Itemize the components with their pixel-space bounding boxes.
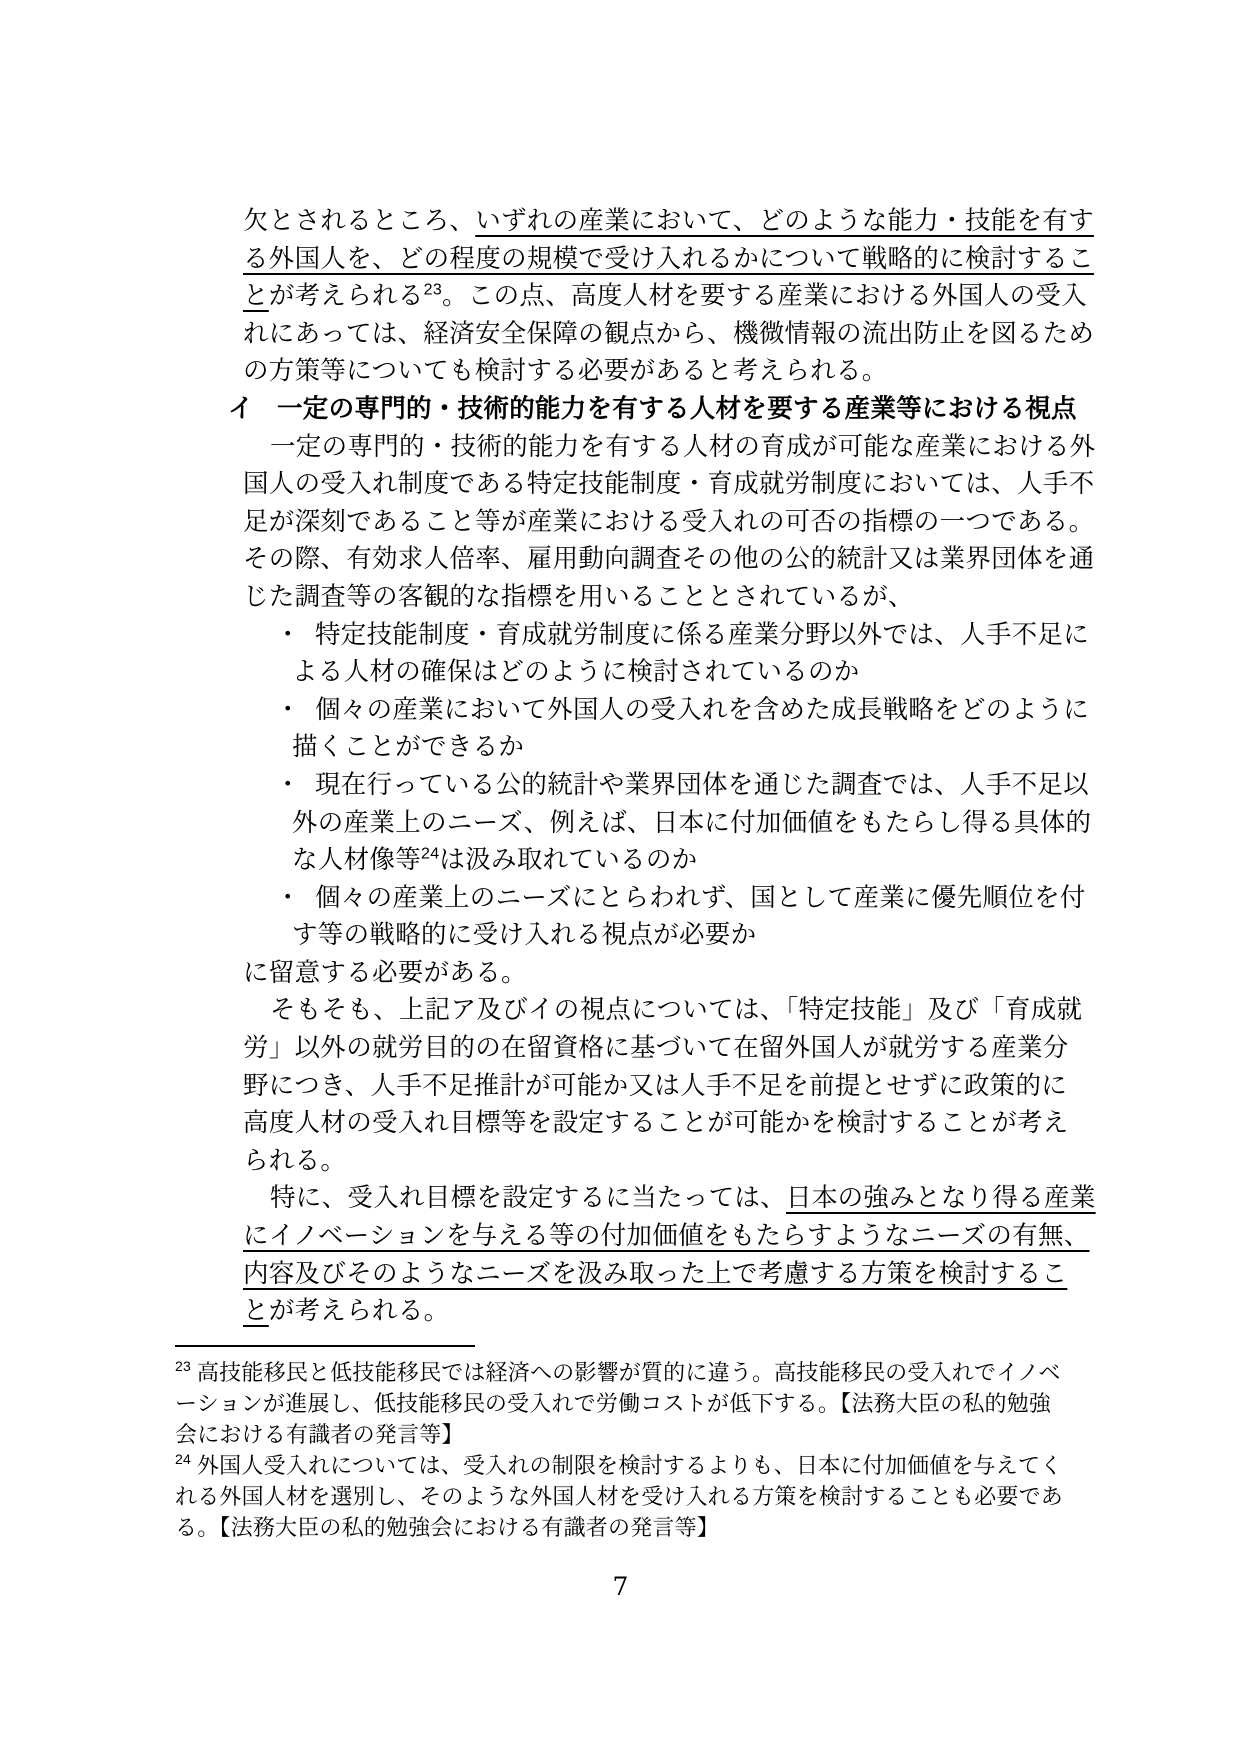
text-segment: その際、有効求人倍率、雇用動向調査その他の公的統計又は業界団体を通 (243, 545, 1094, 573)
text-segment: 個々の産業において外国人の受入れを含めた成長戦略をどのように (315, 696, 1089, 724)
document-page: 欠とされるところ、いずれの産業において、どのような能力・技能を有する外国人を、ど… (0, 0, 1241, 1754)
text-segment: と (243, 1297, 269, 1325)
text-segment: は汲み取れているのか (439, 846, 697, 874)
text-line: 国人の受入れ制度である特定技能制度・育成就労制度においては、人手不 (243, 466, 1241, 504)
text-segment: 外の産業上のニーズ、例えば、日本に付加価値をもたらし得る具体的 (292, 809, 1091, 837)
text-segment: いずれの産業において、どのような能力・技能を有す (475, 207, 1094, 235)
text-line: れにあっては、経済安全保障の観点から、機微情報の流出防止を図るため (243, 316, 1241, 354)
text-segment: の方策等についても検討する必要があると考えられる。 (243, 357, 888, 385)
footnote-separator (175, 1345, 475, 1347)
text-line: す等の戦略的に受け入れる視点が必要か (292, 917, 1241, 955)
text-segment: 高度人材の受入れ目標等を設定することが可能かを検討することが考え (243, 1109, 1069, 1137)
text-line: その際、有効求人倍率、雇用動向調査その他の公的統計又は業界団体を通 (243, 541, 1241, 579)
bullet-icon: ・ (275, 880, 315, 918)
text-segment: る外国人を、どの程度の規模で受け入れるかについて戦略的に検討するこ (243, 245, 1094, 273)
text-segment: 欠とされるところ、 (243, 207, 475, 235)
text-segment: 。この点、高度人材を要する産業における外国人の受入 (442, 282, 1087, 310)
text-line: ・個々の産業において外国人の受入れを含めた成長戦略をどのように (275, 692, 1241, 730)
text-segment: 一定の専門的・技術的能力を有する人材の育成が可能な産業における外 (270, 433, 1096, 461)
page-number: 7 (0, 1571, 1241, 1603)
footnote-line: 会における有識者の発言等】 (175, 1419, 1241, 1450)
text-segment: と (243, 282, 269, 310)
footnote-ref: 24 (421, 846, 439, 863)
text-segment: 内容及びそのようなニーズを汲み取った上で考慮する方策を検討するこ (243, 1260, 1067, 1288)
text-line: 外の産業上のニーズ、例えば、日本に付加価値をもたらし得る具体的 (292, 805, 1241, 843)
text-line: そもそも、上記ア及びイの視点については、「特定技能」及び「育成就 (270, 992, 1241, 1030)
text-line: の方策等についても検討する必要があると考えられる。 (243, 353, 1241, 391)
text-line: イ一定の専門的・技術的能力を有する人材を要する産業等における視点 (228, 391, 1241, 429)
text-line: ・現在行っている公的統計や業界団体を通じた調査では、人手不足以 (275, 767, 1241, 805)
text-line: 欠とされるところ、いずれの産業において、どのような能力・技能を有す (243, 203, 1241, 241)
text-segment: が考えられる (269, 282, 424, 310)
text-segment: 描くことができるか (292, 733, 524, 761)
text-line: ・特定技能制度・育成就労制度に係る産業分野以外では、人手不足に (275, 617, 1241, 655)
footnote-ref: 24 (175, 1451, 191, 1467)
heading-label: イ (228, 391, 277, 429)
bullet-icon: ・ (275, 767, 315, 805)
footnote-line: 24外国人受入れについては、受入れの制限を検討するよりも、日本に付加価値を与えて… (175, 1450, 1241, 1481)
text-segment: 外国人受入れについては、受入れの制限を検討するよりも、日本に付加価値を与えてく (197, 1453, 1062, 1478)
text-line: 野につき、人手不足推計が可能か又は人手不足を前提とせずに政策的に (243, 1068, 1241, 1106)
text-segment: じた調査等の客観的な指標を用いることとされているが、 (243, 583, 914, 611)
text-segment: 会における有識者の発言等】 (175, 1422, 464, 1447)
text-segment: に留意する必要がある。 (243, 959, 527, 987)
text-segment: な人材像等 (292, 846, 421, 874)
footnote-line: れる外国人材を選別し、そのような外国人材を受け入れる方策を検討することも必要であ (175, 1481, 1241, 1512)
text-segment: 足が深刻であること等が産業における受入れの可否の指標の一つである。 (243, 508, 1094, 536)
text-line: 足が深刻であること等が産業における受入れの可否の指標の一つである。 (243, 504, 1241, 542)
text-segment: ーションが進展し、低技能移民の受入れで労働コストが低下する。【法務大臣の私的勉強 (175, 1391, 1051, 1416)
text-line: 高度人材の受入れ目標等を設定することが可能かを検討することが考え (243, 1105, 1241, 1143)
text-segment: れる外国人材を選別し、そのような外国人材を受け入れる方策を検討することも必要であ (175, 1484, 1063, 1509)
body-text: 欠とされるところ、いずれの産業において、どのような能力・技能を有する外国人を、ど… (0, 0, 1241, 1331)
text-segment: 現在行っている公的統計や業界団体を通じた調査では、人手不足以 (315, 771, 1089, 799)
bullet-icon: ・ (275, 692, 315, 730)
text-segment: にイノベーションを与える等の付加価値をもたらすようなニーズの有無、 (243, 1222, 1090, 1250)
text-line: とが考えられる23。この点、高度人材を要する産業における外国人の受入 (243, 278, 1241, 316)
footnotes: 23高技能移民と低技能移民では経済への影響が質的に違う。高技能移民の受入れでイノ… (0, 1357, 1241, 1543)
text-line: ・個々の産業上のニーズにとらわれず、国として産業に優先順位を付 (275, 880, 1241, 918)
text-segment: 個々の産業上のニーズにとらわれず、国として産業に優先順位を付 (315, 884, 1086, 912)
text-line: な人材像等24は汲み取れているのか (292, 842, 1241, 880)
text-segment: 日本の強みとなり得る産業 (786, 1184, 1096, 1212)
text-segment: られる。 (243, 1147, 346, 1175)
text-segment: 特定技能制度・育成就労制度に係る産業分野以外では、人手不足に (315, 621, 1089, 649)
text-segment: 一定の専門的・技術的能力を有する人材を要する産業等における視点 (277, 395, 1077, 423)
footnote-ref: 23 (424, 282, 442, 299)
footnote-line: ーションが進展し、低技能移民の受入れで労働コストが低下する。【法務大臣の私的勉強 (175, 1388, 1241, 1419)
text-segment: が考えられる。 (269, 1297, 450, 1325)
text-line: られる。 (243, 1143, 1241, 1181)
text-line: 特に、受入れ目標を設定するに当たっては、日本の強みとなり得る産業 (270, 1180, 1241, 1218)
text-segment: れにあっては、経済安全保障の観点から、機微情報の流出防止を図るため (243, 320, 1094, 348)
text-segment: そもそも、上記ア及びイの視点については、「特定技能」及び「育成就 (270, 996, 1082, 1024)
footnote-line: る。【法務大臣の私的勉強会における有識者の発言等】 (175, 1512, 1241, 1543)
text-segment: る。【法務大臣の私的勉強会における有識者の発言等】 (175, 1515, 719, 1540)
text-segment: 特に、受入れ目標を設定するに当たっては、 (270, 1184, 786, 1212)
text-line: とが考えられる。 (243, 1293, 1241, 1331)
text-line: 労」以外の就労目的の在留資格に基づいて在留外国人が就労する産業分 (243, 1030, 1241, 1068)
text-line: にイノベーションを与える等の付加価値をもたらすようなニーズの有無、 (243, 1218, 1241, 1256)
text-segment: 労」以外の就労目的の在留資格に基づいて在留外国人が就労する産業分 (243, 1034, 1069, 1062)
text-line: じた調査等の客観的な指標を用いることとされているが、 (243, 579, 1241, 617)
text-line: 一定の専門的・技術的能力を有する人材の育成が可能な産業における外 (270, 429, 1241, 467)
footnote-line: 23高技能移民と低技能移民では経済への影響が質的に違う。高技能移民の受入れでイノ… (175, 1357, 1241, 1388)
text-line: よる人材の確保はどのように検討されているのか (292, 654, 1241, 692)
text-segment: す等の戦略的に受け入れる視点が必要か (292, 921, 756, 949)
bullet-icon: ・ (275, 617, 315, 655)
footnote-ref: 23 (175, 1358, 191, 1374)
text-line: 内容及びそのようなニーズを汲み取った上で考慮する方策を検討するこ (243, 1256, 1241, 1294)
text-line: る外国人を、どの程度の規模で受け入れるかについて戦略的に検討するこ (243, 241, 1241, 279)
text-line: に留意する必要がある。 (243, 955, 1241, 993)
text-line: 描くことができるか (292, 729, 1241, 767)
text-segment: 高技能移民と低技能移民では経済への影響が質的に違う。高技能移民の受入れでイノベ (197, 1360, 1061, 1385)
text-segment: 野につき、人手不足推計が可能か又は人手不足を前提とせずに政策的に (243, 1072, 1067, 1100)
text-segment: 国人の受入れ制度である特定技能制度・育成就労制度においては、人手不 (243, 470, 1094, 498)
text-segment: よる人材の確保はどのように検討されているのか (292, 658, 860, 686)
